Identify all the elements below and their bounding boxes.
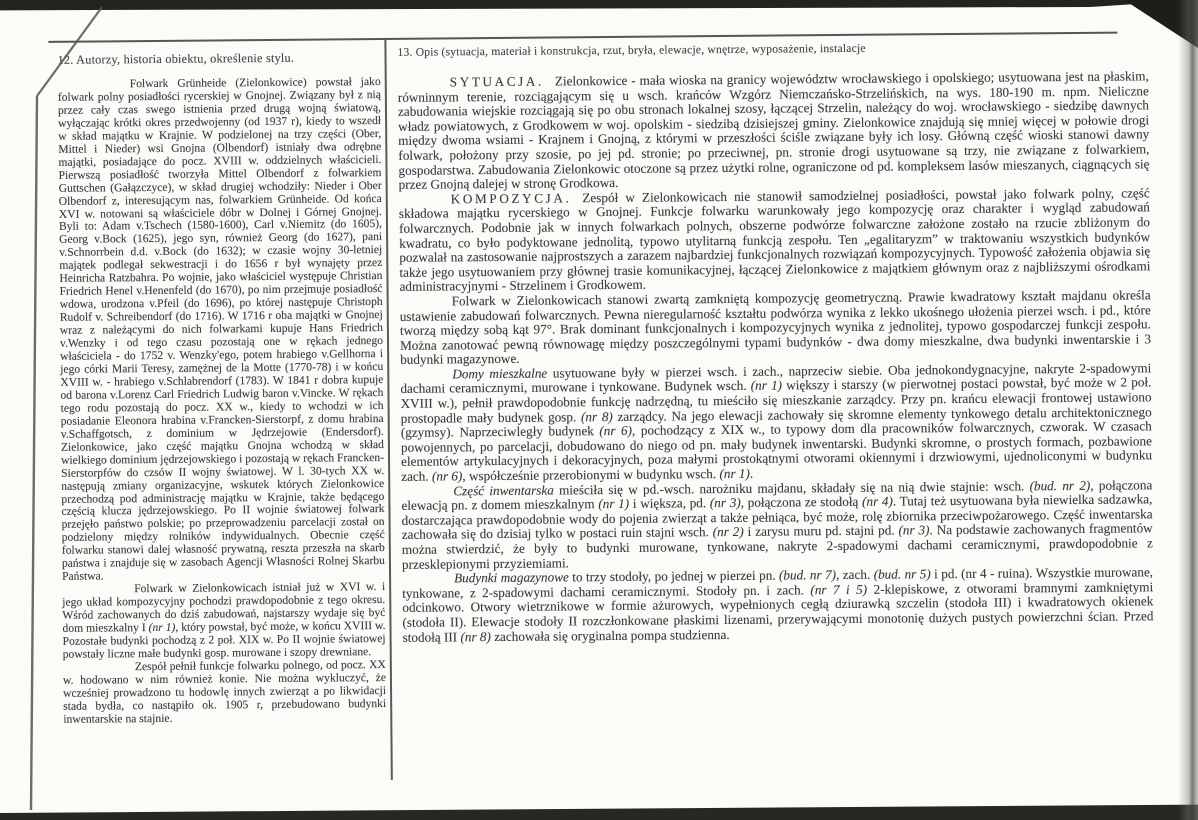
scanned-document-page: { "colors": { "page_background": "#fcfbf…: [0, 0, 1198, 820]
scan-page-edge-lines: [0, 0, 1198, 820]
